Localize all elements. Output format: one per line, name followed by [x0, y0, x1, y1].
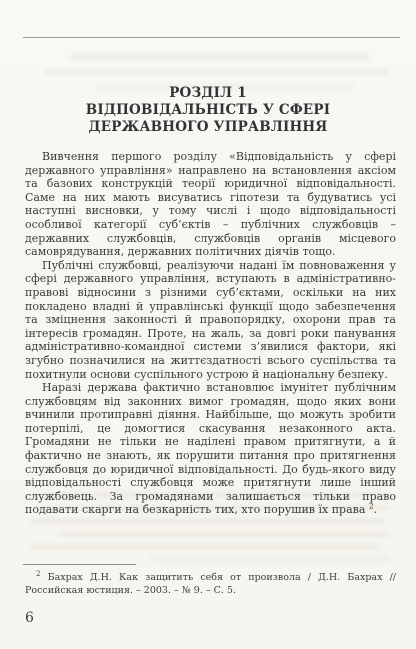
page-number: 6 [25, 610, 34, 626]
bleedthrough-line [30, 544, 380, 550]
chapter-title: ВІДПОВІДАЛЬНІСТЬ У СФЕРІ ДЕРЖАВНОГО УПРА… [37, 102, 379, 136]
chapter-number: РОЗДІЛ 1 [28, 85, 388, 102]
chapter-heading: РОЗДІЛ 1 ВІДПОВІДАЛЬНІСТЬ У СФЕРІ ДЕРЖАВ… [28, 85, 388, 136]
bleedthrough-line [60, 531, 390, 537]
header-rule [23, 37, 400, 38]
paragraph: Публічні службовці, реалізуючи надані їм… [25, 259, 396, 381]
book-page: РОЗДІЛ 1 ВІДПОВІДАЛЬНІСТЬ У СФЕРІ ДЕРЖАВ… [0, 0, 416, 649]
body-text: Вивчення першого розділу «Відповідальніс… [25, 150, 396, 517]
paragraph: Наразі держава фактично встановлює імуні… [25, 381, 396, 517]
paragraph-text: Наразі держава фактично встановлює імуні… [25, 381, 396, 516]
sentence-period: . [374, 503, 378, 516]
footnote-text: Бахрах Д.Н. Как защитить себя от произво… [25, 572, 396, 596]
footnote: 2 Бахрах Д.Н. Как защитить себя от произ… [25, 571, 396, 597]
footnote-separator [23, 564, 136, 565]
paragraph: Вивчення першого розділу «Відповідальніс… [25, 150, 396, 259]
bleedthrough-line [45, 69, 390, 75]
bleedthrough-line [30, 518, 385, 524]
bleedthrough-line [150, 556, 390, 562]
bleedthrough-line [70, 54, 370, 60]
